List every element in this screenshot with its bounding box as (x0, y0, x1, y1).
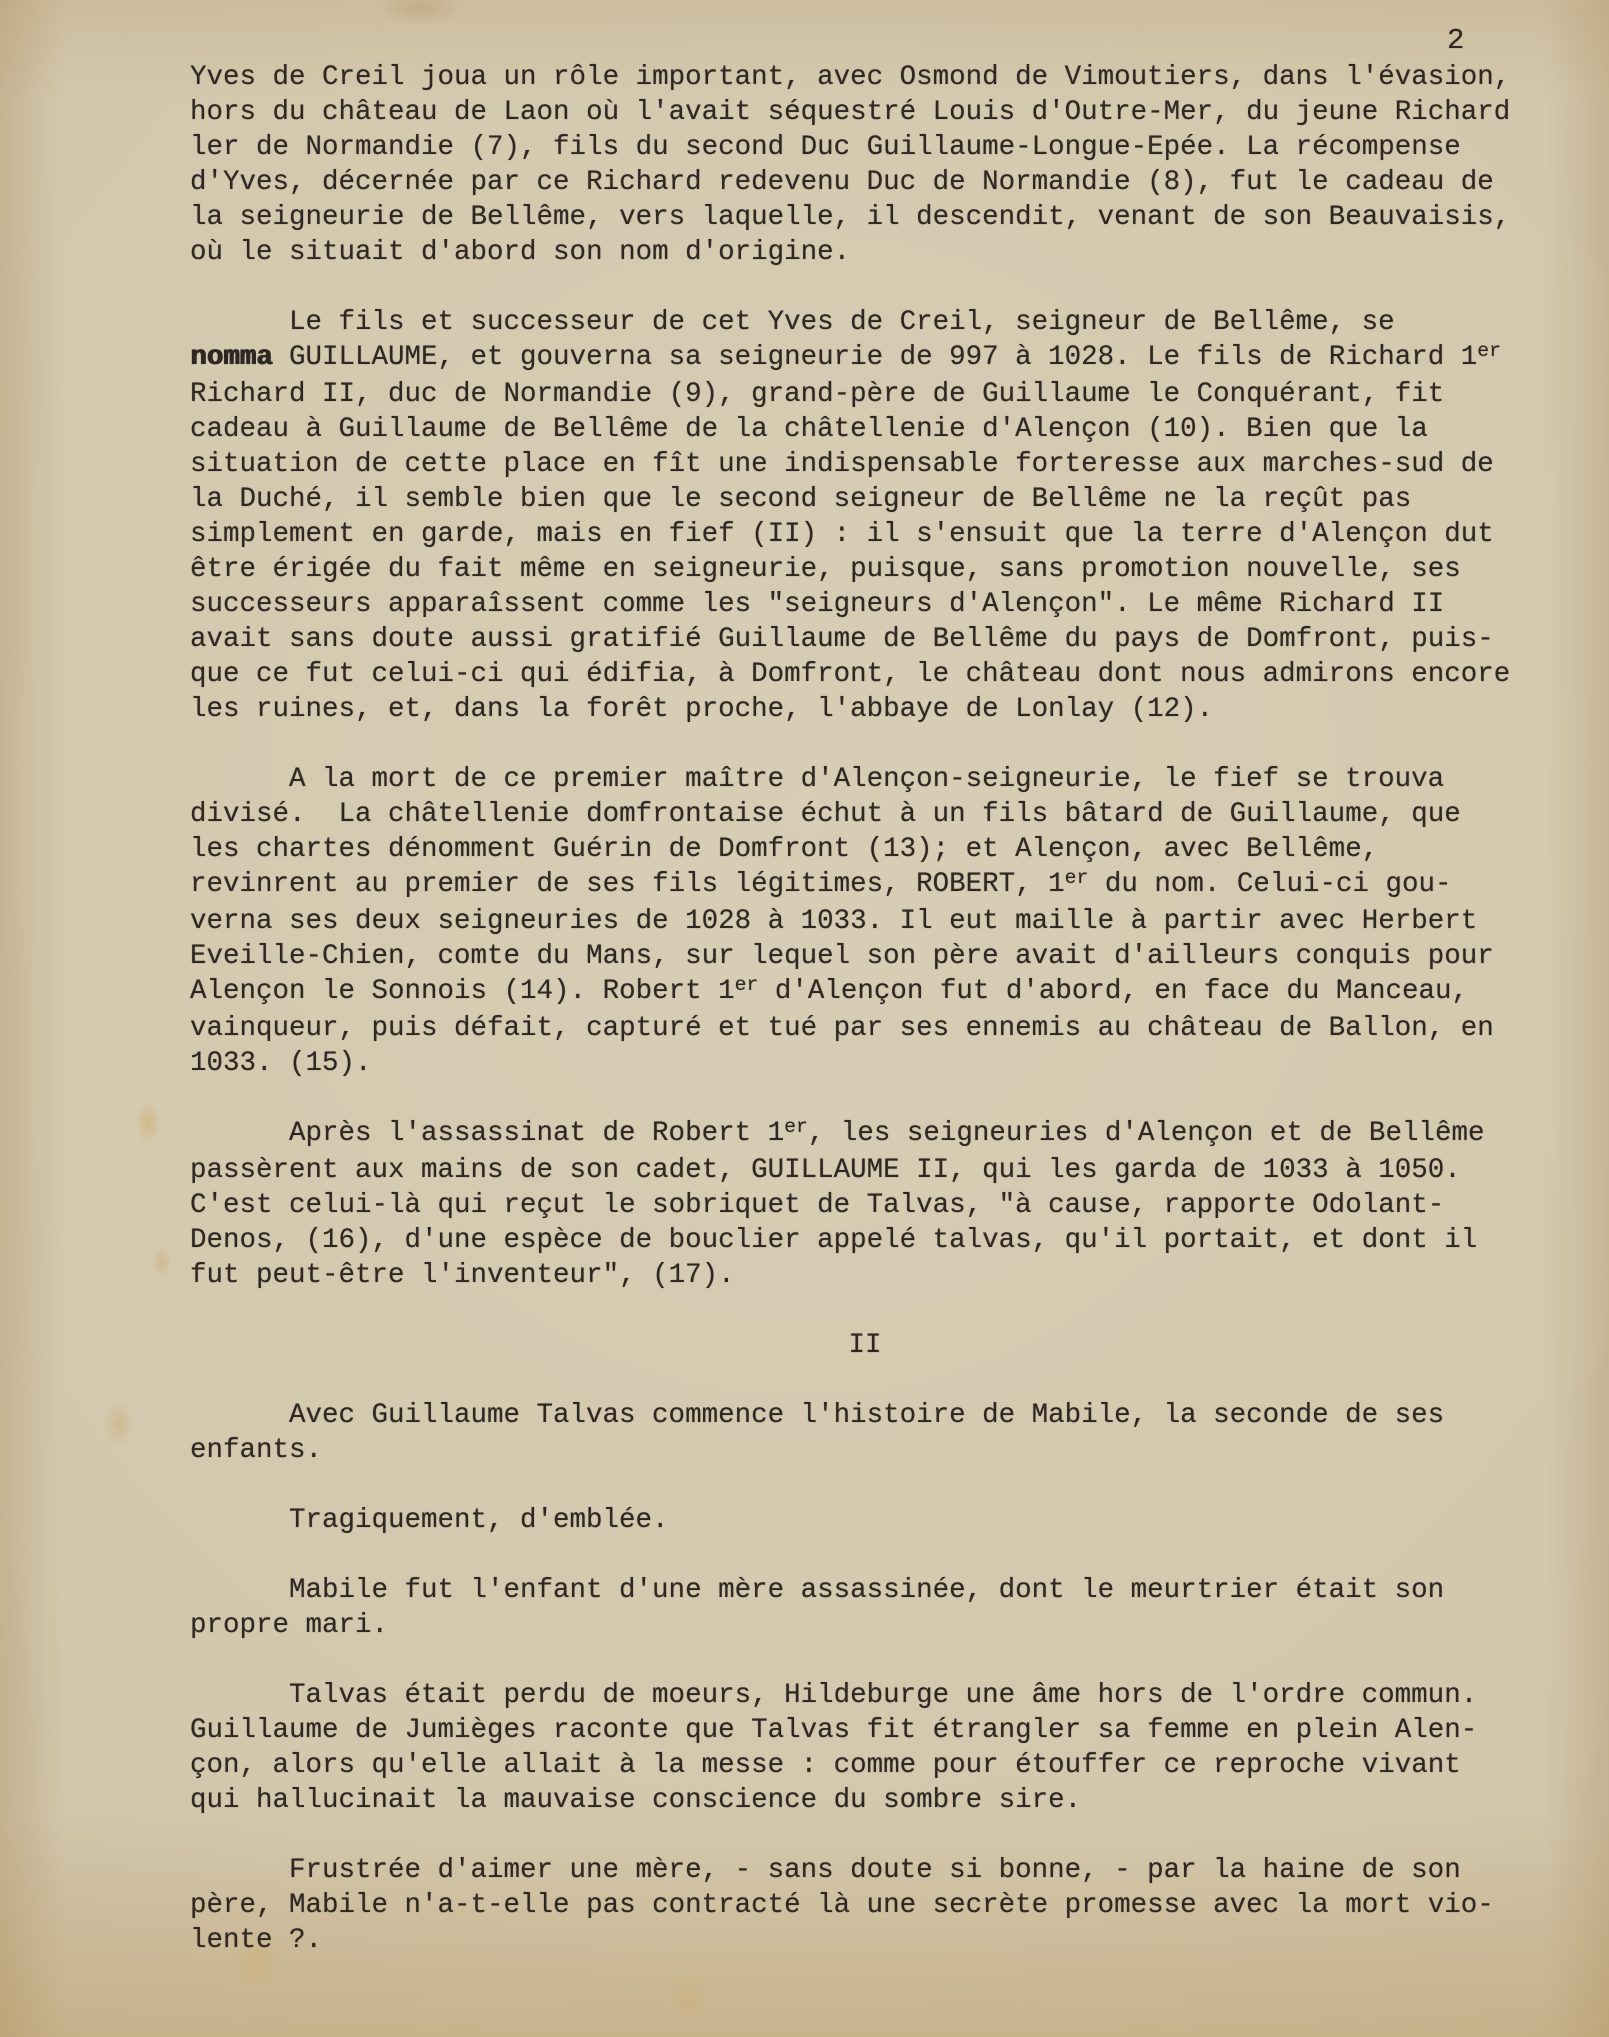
text-segment: 1033. (15). (190, 1048, 372, 1079)
text-line: Denos, (16), d'une espèce de bouclier ap… (190, 1223, 1540, 1258)
text-line: Guillaume de Jumièges raconte que Talvas… (190, 1713, 1540, 1748)
paragraph: Yves de Creil joua un rôle important, av… (190, 60, 1540, 270)
text-segment: Eveille-Chien, comte du Mans, sur lequel… (190, 941, 1494, 972)
text-segment: les ruines, et, dans la forêt proche, l'… (190, 694, 1213, 725)
text-segment: que ce fut celui-ci qui édifia, à Domfro… (190, 659, 1510, 690)
text-segment: avait sans doute aussi gratifié Guillaum… (190, 624, 1494, 655)
text-line: Le fils et successeur de cet Yves de Cre… (190, 305, 1540, 340)
paragraph: Après l'assassinat de Robert 1er, les se… (190, 1116, 1540, 1293)
text-line: revinrent au premier de ses fils légitim… (190, 867, 1540, 904)
text-line: père, Mabile n'a-t-elle pas contracté là… (190, 1888, 1540, 1923)
text-line: propre mari. (190, 1608, 1540, 1643)
text-line: çon, alors qu'elle allait à la messe : c… (190, 1748, 1540, 1783)
text-line: Alençon le Sonnois (14). Robert 1er d'Al… (190, 974, 1540, 1011)
text-line: fut peut-être l'inventeur", (17). (190, 1258, 1540, 1293)
text-line: verna ses deux seigneuries de 1028 à 103… (190, 904, 1540, 939)
text-line: Yves de Creil joua un rôle important, av… (190, 60, 1540, 95)
text-segment: Guillaume de Jumièges raconte que Talvas… (190, 1715, 1477, 1746)
text-line: d'Yves, décernée par ce Richard redevenu… (190, 165, 1540, 200)
superscript-text: er (784, 1116, 808, 1138)
text-segment: divisé. La châtellenie domfrontaise échu… (190, 799, 1461, 830)
text-line: ler de Normandie (7), fils du second Duc… (190, 130, 1540, 165)
text-segment: Tragiquement, d'emblée. (289, 1505, 669, 1536)
paragraph: Le fils et successeur de cet Yves de Cre… (190, 305, 1540, 727)
text-segment: çon, alors qu'elle allait à la messe : c… (190, 1750, 1461, 1781)
text-segment: la Duché, il semble bien que le second s… (190, 484, 1411, 515)
document-page: 2 Yves de Creil joua un rôle important, … (0, 0, 1609, 2037)
text-segment: ler de Normandie (7), fils du second Duc… (190, 132, 1461, 163)
text-body: Yves de Creil joua un rôle important, av… (190, 60, 1540, 1993)
text-line: Après l'assassinat de Robert 1er, les se… (190, 1116, 1540, 1153)
text-line: hors du château de Laon où l'avait séque… (190, 95, 1540, 130)
section-heading: II (190, 1328, 1540, 1363)
text-segment: les chartes dénomment Guérin de Domfront… (190, 834, 1378, 865)
text-line: avait sans doute aussi gratifié Guillaum… (190, 622, 1540, 657)
text-line: où le situait d'abord son nom d'origine. (190, 235, 1540, 270)
text-segment: hors du château de Laon où l'avait séque… (190, 97, 1510, 128)
text-segment: qui hallucinait la mauvaise conscience d… (190, 1785, 1081, 1816)
text-line: Tragiquement, d'emblée. (190, 1503, 1540, 1538)
text-segment: nomma (190, 342, 273, 373)
text-segment: A la mort de ce premier maître d'Alençon… (289, 764, 1444, 795)
text-segment: fut peut-être l'inventeur", (17). (190, 1260, 735, 1291)
text-segment: Yves de Creil joua un rôle important, av… (190, 62, 1510, 93)
paragraph: Frustrée d'aimer une mère, - sans doute … (190, 1853, 1540, 1958)
text-line: enfants. (190, 1433, 1540, 1468)
text-line: vainqueur, puis défait, capturé et tué p… (190, 1011, 1540, 1046)
superscript-text: er (1477, 340, 1501, 362)
text-segment: verna ses deux seigneuries de 1028 à 103… (190, 906, 1477, 937)
text-line: Frustrée d'aimer une mère, - sans doute … (190, 1853, 1540, 1888)
text-segment: C'est celui-là qui reçut le sobriquet de… (190, 1190, 1444, 1221)
text-line: 1033. (15). (190, 1046, 1540, 1081)
text-segment: passèrent aux mains de son cadet, GUILLA… (190, 1155, 1461, 1186)
text-segment: revinrent au premier de ses fils légitim… (190, 869, 1065, 900)
text-line: la Duché, il semble bien que le second s… (190, 482, 1540, 517)
paragraph: A la mort de ce premier maître d'Alençon… (190, 762, 1540, 1081)
text-line: que ce fut celui-ci qui édifia, à Domfro… (190, 657, 1540, 692)
text-segment: , les seigneuries d'Alençon et de Bellêm… (808, 1118, 1485, 1149)
text-segment: cadeau à Guillaume de Bellême de la chât… (190, 414, 1428, 445)
text-segment: la seigneurie de Bellême, vers laquelle,… (190, 202, 1510, 233)
text-line: nomma GUILLAUME, et gouverna sa seigneur… (190, 340, 1540, 377)
text-segment: Frustrée d'aimer une mère, - sans doute … (289, 1855, 1461, 1886)
text-segment: Le fils et successeur de cet Yves de Cre… (289, 307, 1395, 338)
text-segment: Avec Guillaume Talvas commence l'histoir… (289, 1400, 1444, 1431)
text-segment: d'Alençon fut d'abord, en face du Mancea… (758, 976, 1468, 1007)
text-line: Mabile fut l'enfant d'une mère assassiné… (190, 1573, 1540, 1608)
text-segment: père, Mabile n'a-t-elle pas contracté là… (190, 1890, 1494, 1921)
paragraph: Mabile fut l'enfant d'une mère assassiné… (190, 1573, 1540, 1643)
text-segment: simplement en garde, mais en fief (II) :… (190, 519, 1494, 550)
text-segment: GUILLAUME, et gouverna sa seigneurie de … (273, 342, 1478, 373)
text-segment: lente ?. (190, 1925, 322, 1956)
text-segment: Après l'assassinat de Robert 1 (289, 1118, 784, 1149)
text-line: cadeau à Guillaume de Bellême de la chât… (190, 412, 1540, 447)
text-segment: où le situait d'abord son nom d'origine. (190, 237, 850, 268)
text-line: A la mort de ce premier maître d'Alençon… (190, 762, 1540, 797)
text-line: qui hallucinait la mauvaise conscience d… (190, 1783, 1540, 1818)
text-segment: enfants. (190, 1435, 322, 1466)
text-segment: d'Yves, décernée par ce Richard redevenu… (190, 167, 1494, 198)
text-line: les ruines, et, dans la forêt proche, l'… (190, 692, 1540, 727)
text-segment: Denos, (16), d'une espèce de bouclier ap… (190, 1225, 1477, 1256)
text-segment: Talvas était perdu de moeurs, Hildeburge… (289, 1680, 1477, 1711)
text-line: situation de cette place en fît une indi… (190, 447, 1540, 482)
paragraph: Tragiquement, d'emblée. (190, 1503, 1540, 1538)
text-line: C'est celui-là qui reçut le sobriquet de… (190, 1188, 1540, 1223)
text-line: divisé. La châtellenie domfrontaise échu… (190, 797, 1540, 832)
text-segment: Alençon le Sonnois (14). Robert 1 (190, 976, 735, 1007)
text-line: être érigée du fait même en seigneurie, … (190, 552, 1540, 587)
text-segment: situation de cette place en fît une indi… (190, 449, 1494, 480)
text-segment: vainqueur, puis défait, capturé et tué p… (190, 1013, 1494, 1044)
text-segment: successeurs apparaîssent comme les "seig… (190, 589, 1444, 620)
text-segment: du nom. Celui-ci gou- (1088, 869, 1451, 900)
paragraph: Talvas était perdu de moeurs, Hildeburge… (190, 1678, 1540, 1818)
text-line: Richard II, duc de Normandie (9), grand-… (190, 377, 1540, 412)
text-segment: Richard II, duc de Normandie (9), grand-… (190, 379, 1444, 410)
superscript-text: er (1065, 867, 1089, 889)
text-line: les chartes dénomment Guérin de Domfront… (190, 832, 1540, 867)
text-segment: être érigée du fait même en seigneurie, … (190, 554, 1461, 585)
text-line: Eveille-Chien, comte du Mans, sur lequel… (190, 939, 1540, 974)
text-line: lente ?. (190, 1923, 1540, 1958)
text-line: Avec Guillaume Talvas commence l'histoir… (190, 1398, 1540, 1433)
text-segment: Mabile fut l'enfant d'une mère assassiné… (289, 1575, 1444, 1606)
text-line: successeurs apparaîssent comme les "seig… (190, 587, 1540, 622)
text-line: passèrent aux mains de son cadet, GUILLA… (190, 1153, 1540, 1188)
text-line: Talvas était perdu de moeurs, Hildeburge… (190, 1678, 1540, 1713)
paragraph: Avec Guillaume Talvas commence l'histoir… (190, 1398, 1540, 1468)
text-line: la seigneurie de Bellême, vers laquelle,… (190, 200, 1540, 235)
page-number: 2 (1447, 24, 1464, 57)
text-line: simplement en garde, mais en fief (II) :… (190, 517, 1540, 552)
text-segment: propre mari. (190, 1610, 388, 1641)
superscript-text: er (735, 974, 759, 996)
